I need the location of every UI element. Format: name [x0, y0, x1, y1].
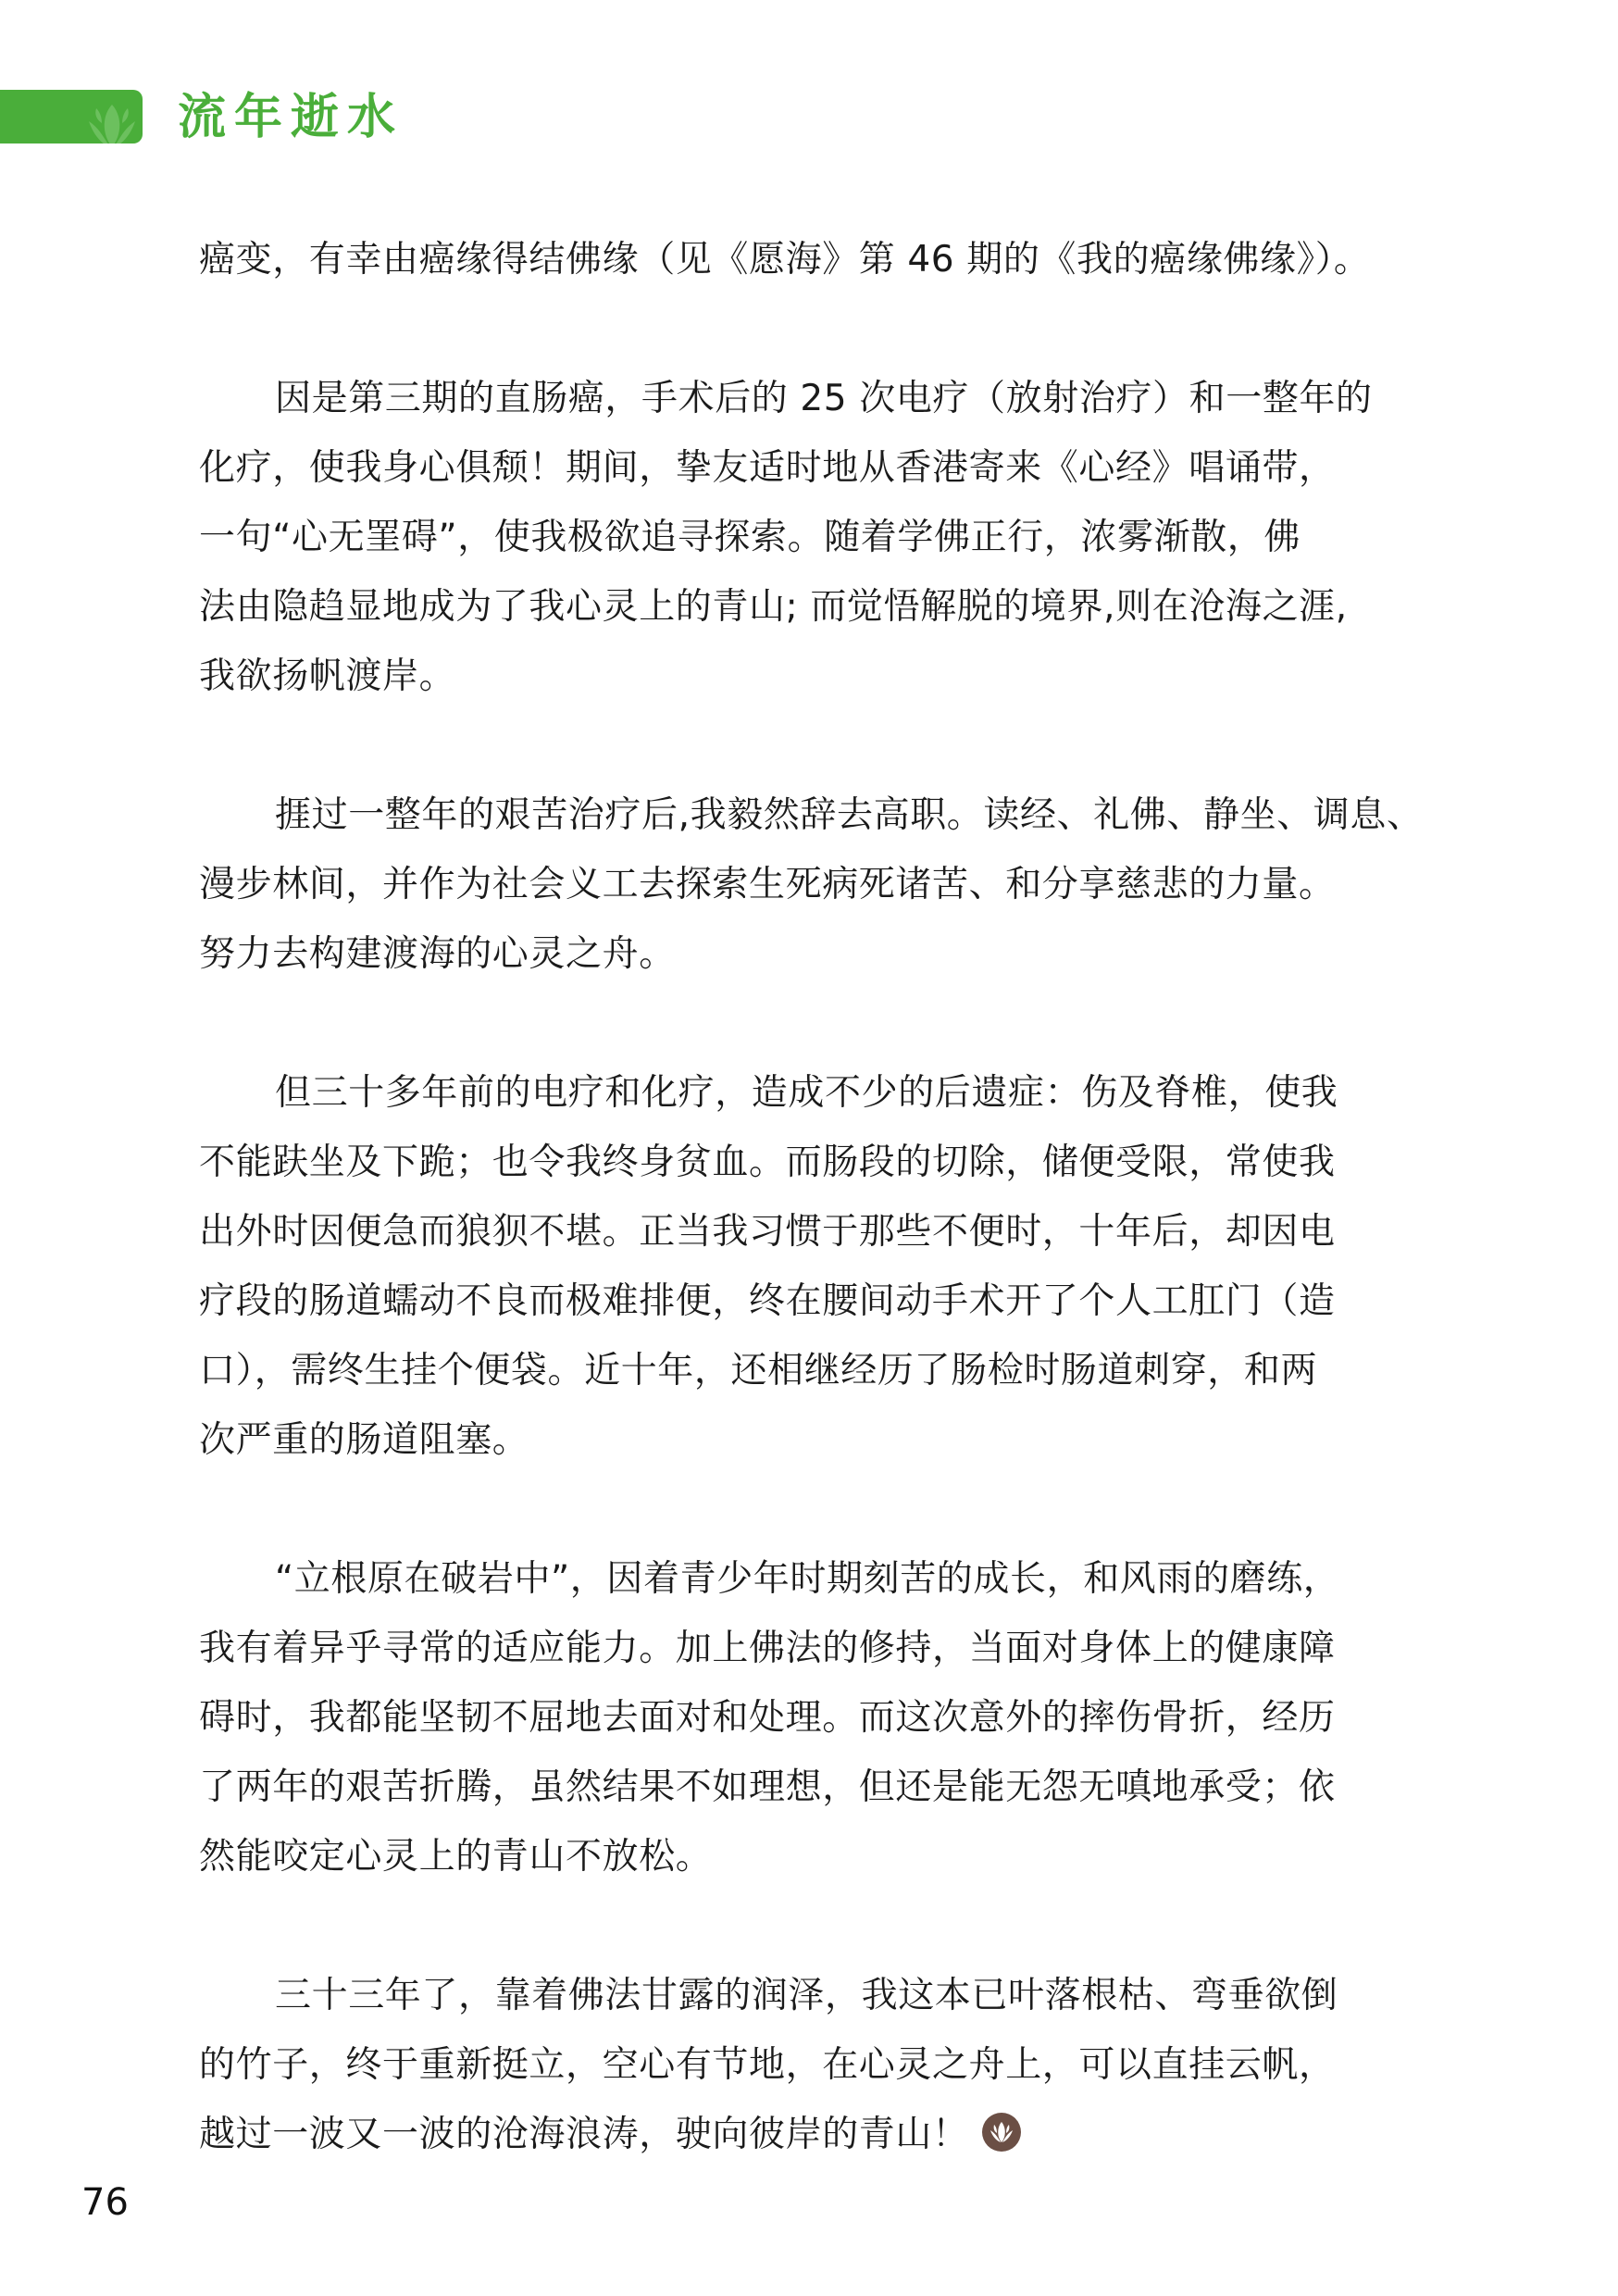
text-line: 化疗，使我身心俱颓！期间，挚友适时地从香港寄来《心经》唱诵带，: [199, 433, 1430, 503]
text-line-content: 碍时，我都能坚韧不屈地去面对和处理。而这次意外的摔伤骨折，经历: [199, 1697, 1336, 1739]
article-body: 癌变，有幸由癌缘得结佛缘（见《愿海》第 46 期的《我的癌缘佛缘》）。因是第三期…: [199, 225, 1430, 2169]
text-line-content: 但三十多年前的电疗和化疗，造成不少的后遗症：伤及脊椎，使我: [275, 1072, 1338, 1114]
text-line-content: 化疗，使我身心俱颓！期间，挚友适时地从香港寄来《心经》唱诵带，: [199, 447, 1336, 489]
text-line: 出外时因便急而狼狈不堪。正当我习惯于那些不便时，十年后，却因电: [199, 1197, 1430, 1267]
paragraph: 但三十多年前的电疗和化疗，造成不少的后遗症：伤及脊椎，使我不能趺坐及下跪；也令我…: [199, 1058, 1430, 1475]
paragraph-gap: [199, 711, 1430, 780]
paragraph-gap: [199, 989, 1430, 1058]
text-line-content: 我有着异乎寻常的适应能力。加上佛法的修持，当面对身体上的健康障: [199, 1628, 1336, 1669]
text-line: 不能趺坐及下跪；也令我终身贫血。而肠段的切除，储便受限，常使我: [199, 1128, 1430, 1197]
text-line: 我欲扬帆渡岸。: [199, 642, 1430, 711]
text-line: 努力去构建渡海的心灵之舟。: [199, 919, 1430, 989]
section-tab: [0, 90, 143, 143]
text-line-content: 口），需终生挂个便袋。近十年，还相继经历了肠检时肠道刺穿，和两: [199, 1350, 1317, 1391]
lotus-icon: [81, 101, 143, 143]
text-line: 了两年的艰苦折腾，虽然结果不如理想，但还是能无怨无嗔地承受；依: [199, 1753, 1430, 1822]
text-line-content: 一句“心无罣碍”，使我极欲追寻探索。随着学佛正行，浓雾渐散，佛: [199, 517, 1301, 558]
text-line: 因是第三期的直肠癌，手术后的 25 次电疗（放射治疗）和一整年的: [199, 364, 1430, 433]
text-line: 疗段的肠道蠕动不良而极难排便，终在腰间动手术开了个人工肛门（造: [199, 1267, 1430, 1336]
text-line-content: 三十三年了，靠着佛法甘露的润泽，我这本已叶落根枯、弯垂欲倒: [275, 1975, 1338, 2016]
paragraph-gap: [199, 1891, 1430, 1961]
paragraph-gap: [199, 1475, 1430, 1544]
text-line-content: 疗段的肠道蠕动不良而极难排便，终在腰间动手术开了个人工肛门（造: [199, 1280, 1336, 1322]
text-line: 捱过一整年的艰苦治疗后,我毅然辞去高职。读经、礼佛、静坐、调息、: [199, 780, 1430, 850]
text-line: 口），需终生挂个便袋。近十年，还相继经历了肠检时肠道刺穿，和两: [199, 1336, 1430, 1405]
text-line: 碍时，我都能坚韧不屈地去面对和处理。而这次意外的摔伤骨折，经历: [199, 1683, 1430, 1753]
text-line: “立根原在破岩中”，因着青少年时期刻苦的成长，和风雨的磨练，: [199, 1544, 1430, 1614]
text-line-content: “立根原在破岩中”，因着青少年时期刻苦的成长，和风雨的磨练，: [275, 1558, 1339, 1600]
text-line-content: 癌变，有幸由癌缘得结佛缘（见《愿海》第 46 期的《我的癌缘佛缘》）。: [199, 239, 1370, 281]
text-line-content: 次严重的肠道阻塞。: [199, 1419, 529, 1461]
paragraph: “立根原在破岩中”，因着青少年时期刻苦的成长，和风雨的磨练，我有着异乎寻常的适应…: [199, 1544, 1430, 1891]
text-line-content: 的竹子，终于重新挺立，空心有节地，在心灵之舟上，可以直挂云帆，: [199, 2044, 1336, 2086]
paragraph: 捱过一整年的艰苦治疗后,我毅然辞去高职。读经、礼佛、静坐、调息、漫步林间，并作为…: [199, 780, 1430, 989]
text-line-content: 因是第三期的直肠癌，手术后的 25 次电疗（放射治疗）和一整年的: [275, 378, 1373, 419]
text-line-content: 不能趺坐及下跪；也令我终身贫血。而肠段的切除，储便受限，常使我: [199, 1142, 1336, 1183]
paragraph: 因是第三期的直肠癌，手术后的 25 次电疗（放射治疗）和一整年的化疗，使我身心俱…: [199, 364, 1430, 711]
text-line: 法由隐趋显地成为了我心灵上的青山; 而觉悟解脱的境界,则在沧海之涯,: [199, 572, 1430, 642]
paragraph: 癌变，有幸由癌缘得结佛缘（见《愿海》第 46 期的《我的癌缘佛缘》）。: [199, 225, 1430, 294]
text-line-content: 然能咬定心灵上的青山不放松。: [199, 1836, 712, 1878]
text-line-content: 了两年的艰苦折腾，虽然结果不如理想，但还是能无怨无嗔地承受；依: [199, 1766, 1336, 1808]
text-line-content: 我欲扬帆渡岸。: [199, 655, 455, 697]
text-line: 一句“心无罣碍”，使我极欲追寻探索。随着学佛正行，浓雾渐散，佛: [199, 503, 1430, 572]
text-line: 我有着异乎寻常的适应能力。加上佛法的修持，当面对身体上的健康障: [199, 1614, 1430, 1683]
text-line: 三十三年了，靠着佛法甘露的润泽，我这本已叶落根枯、弯垂欲倒: [199, 1961, 1430, 2030]
text-line: 然能咬定心灵上的青山不放松。: [199, 1822, 1430, 1891]
text-line: 癌变，有幸由癌缘得结佛缘（见《愿海》第 46 期的《我的癌缘佛缘》）。: [199, 225, 1430, 294]
text-line-content: 越过一波又一波的沧海浪涛，驶向彼岸的青山！: [199, 2114, 969, 2155]
text-line-content: 捱过一整年的艰苦治疗后,我毅然辞去高职。读经、礼佛、静坐、调息、: [275, 794, 1424, 836]
lotus-end-mark-icon: [982, 2113, 1021, 2152]
text-line-content: 法由隐趋显地成为了我心灵上的青山; 而觉悟解脱的境界,则在沧海之涯,: [199, 586, 1348, 628]
section-title: 流年逝水: [178, 89, 404, 146]
text-line: 越过一波又一波的沧海浪涛，驶向彼岸的青山！: [199, 2100, 1430, 2169]
text-line: 但三十多年前的电疗和化疗，造成不少的后遗症：伤及脊椎，使我: [199, 1058, 1430, 1128]
text-line-content: 努力去构建渡海的心灵之舟。: [199, 933, 676, 975]
paragraph-gap: [199, 294, 1430, 364]
text-line-content: 漫步林间，并作为社会义工去探索生死病死诸苦、和分享慈悲的力量。: [199, 864, 1336, 905]
paragraph: 三十三年了，靠着佛法甘露的润泽，我这本已叶落根枯、弯垂欲倒的竹子，终于重新挺立，…: [199, 1961, 1430, 2169]
text-line: 次严重的肠道阻塞。: [199, 1405, 1430, 1475]
text-line: 的竹子，终于重新挺立，空心有节地，在心灵之舟上，可以直挂云帆，: [199, 2030, 1430, 2100]
text-line: 漫步林间，并作为社会义工去探索生死病死诸苦、和分享慈悲的力量。: [199, 850, 1430, 919]
page-number: 76: [81, 2181, 129, 2224]
text-line-content: 出外时因便急而狼狈不堪。正当我习惯于那些不便时，十年后，却因电: [199, 1211, 1336, 1253]
